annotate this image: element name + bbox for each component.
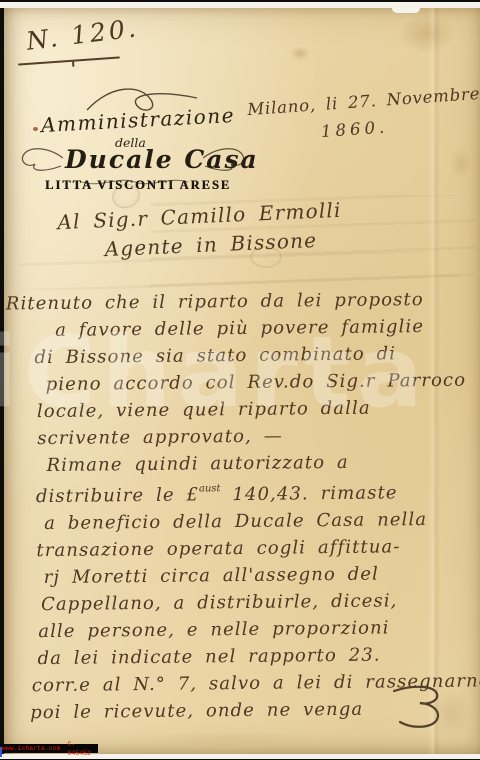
- flourish-left-icon: [19, 144, 63, 172]
- letterhead: Amministrazione della Ducale Casa LITTA …: [25, 92, 245, 197]
- watermark-code-label: C-045452: [68, 740, 98, 758]
- scan-artifact-mark: [0, 747, 2, 757]
- watermark-site-label: www.icharta.com: [2, 744, 61, 753]
- letter-body: Ritenuto che il riparto da lei proposto …: [0, 285, 480, 726]
- watermark-bar: www.icharta.com C-045452: [0, 744, 98, 753]
- administration-line: Amministrazione: [41, 103, 236, 137]
- body-line-text: 140,43. rimaste: [220, 482, 397, 505]
- family-name-line: LITTA VISCONTI ARESE: [45, 178, 231, 193]
- flourish-right-icon: [203, 144, 247, 172]
- body-line-text: distribuire le £: [36, 484, 199, 507]
- closing-flourish-icon: [392, 683, 444, 731]
- body-line: distribuire le £aust 140,43. rimaste: [36, 474, 480, 510]
- paper-edge-notch: [392, 8, 420, 13]
- currency-superscript: aust: [199, 483, 221, 494]
- scanned-letter: N. 120. Amministrazione della Ducale Cas…: [0, 0, 480, 760]
